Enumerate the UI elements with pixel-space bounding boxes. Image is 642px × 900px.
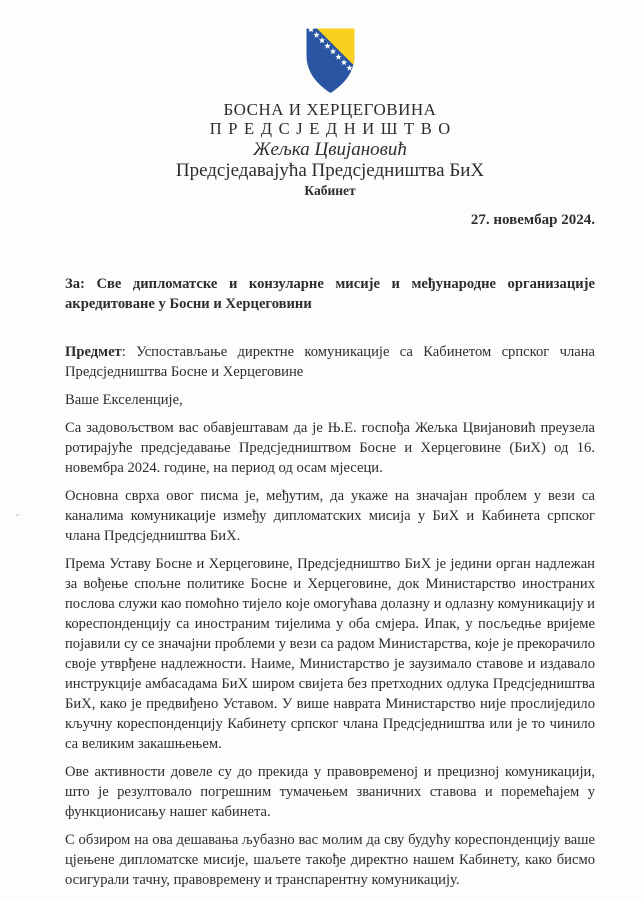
letterhead-institution-text: ПРЕДСЈЕДНИШТВО — [210, 119, 457, 138]
letterhead-office: Кабинет — [65, 183, 595, 198]
recipient-text: Све дипломатске и конзуларне мисије и ме… — [65, 276, 595, 312]
subject-block: Предмет: Успостављање директне комуникац… — [65, 342, 595, 382]
paragraph-5: С обзиром на ова дешавања љубазно вас мо… — [65, 830, 595, 890]
letterhead-official-name: Жељка Цвијановић — [65, 139, 595, 160]
letterhead-official-title: Предсједавајућа Предсједништва БиХ — [65, 160, 595, 182]
paragraph-1: Са задовољством вас обавјештавам да је Њ… — [65, 418, 595, 478]
paragraph-2: Основна сврха овог писма је, међутим, да… — [65, 486, 595, 546]
letter-date: 27. новембар 2024. — [65, 210, 595, 230]
subject-label: Предмет — [65, 344, 122, 360]
salutation: Ваше Екселенције, — [65, 390, 595, 410]
paragraph-3: Према Уставу Босне и Херцеговине, Предсј… — [65, 554, 595, 754]
paragraph-4: Ове активности довеле су до прекида у пр… — [65, 762, 595, 822]
recipient-block: За: Све дипломатске и конзуларне мисије … — [65, 274, 595, 314]
recipient-label: За: — [65, 276, 85, 292]
letter-page: БОСНА И ХЕРЦЕГОВИНА ПРЕДСЈЕДНИШТВО Жељка… — [0, 0, 642, 900]
letterhead-country: БОСНА И ХЕРЦЕГОВИНА — [65, 100, 595, 119]
letterhead: БОСНА И ХЕРЦЕГОВИНА ПРЕДСЈЕДНИШТВО Жељка… — [65, 27, 595, 198]
bosnia-coat-of-arms-icon — [304, 27, 357, 95]
subject-text: : Успостављање директне комуникације са … — [65, 344, 595, 380]
letterhead-institution: ПРЕДСЈЕДНИШТВО — [65, 119, 595, 138]
letter-body: За: Све дипломатске и конзуларне мисије … — [65, 274, 595, 890]
scan-speckle — [16, 514, 19, 516]
